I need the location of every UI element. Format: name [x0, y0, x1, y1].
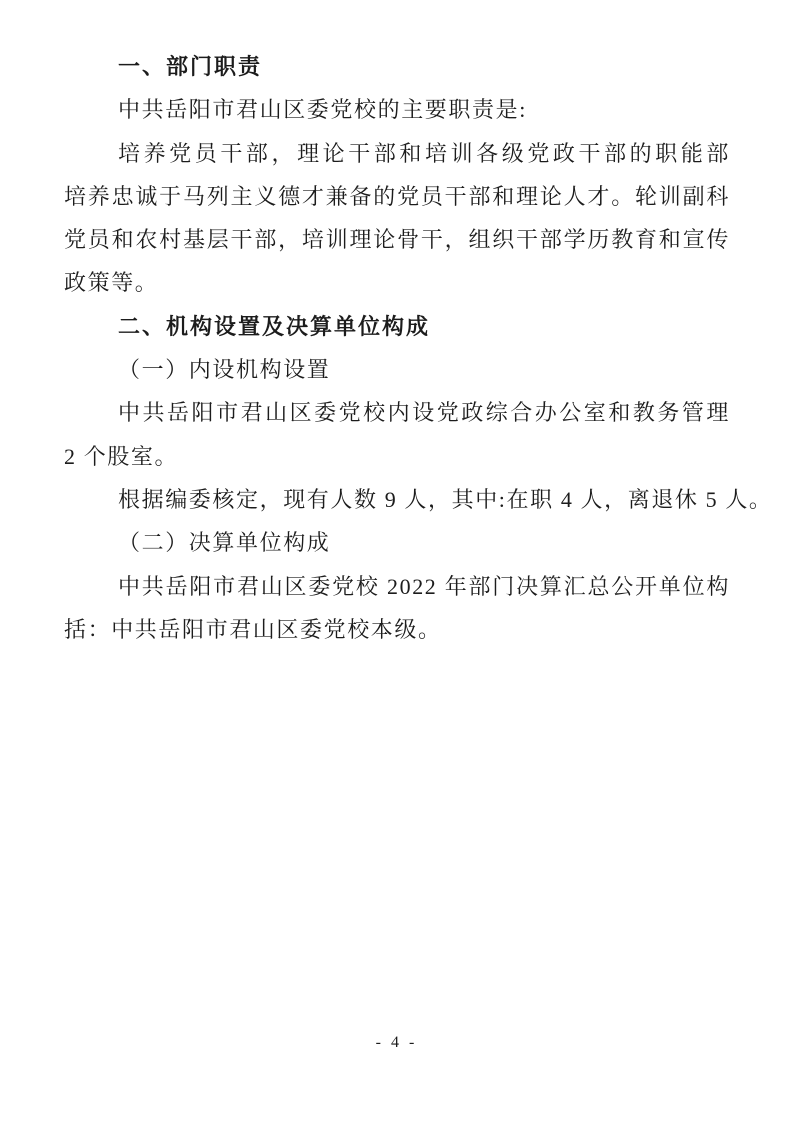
text-line: 中共岳阳市君山区委党校的主要职责是:: [64, 88, 730, 131]
text-line: 2 个股室。: [64, 435, 730, 478]
document-body: 一、部门职责中共岳阳市君山区委党校的主要职责是:培养党员干部，理论干部和培训各级…: [64, 45, 730, 651]
text-line: 中共岳阳市君山区委党校内设党政综合办公室和教务管理办公室: [64, 391, 730, 434]
text-line: 党员和农村基层干部，培训理论骨干，组织干部学历教育和宣传理论: [64, 218, 730, 261]
page-number: - 4 -: [376, 1034, 418, 1051]
text-line: （一）内设机构设置: [64, 348, 730, 391]
text-line: 政策等。: [64, 261, 730, 304]
page-footer: - 4 -: [0, 1031, 793, 1055]
document-page: 一、部门职责中共岳阳市君山区委党校的主要职责是:培养党员干部，理论干部和培训各级…: [0, 0, 793, 1122]
text-line: 培养忠诚于马列主义德才兼备的党员干部和理论人才。轮训副科以上: [64, 175, 730, 218]
section-heading: 二、机构设置及决算单位构成: [64, 305, 730, 348]
text-line: （二）决算单位构成: [64, 521, 730, 564]
text-line: 培养党员干部，理论干部和培训各级党政干部的职能部门。为党: [64, 132, 730, 175]
text-line: 根据编委核定，现有人数 9 人，其中:在职 4 人，离退休 5 人。: [64, 478, 730, 521]
section-heading: 一、部门职责: [64, 45, 730, 88]
text-line: 括：中共岳阳市君山区委党校本级。: [64, 608, 730, 651]
text-line: 中共岳阳市君山区委党校 2022 年部门决算汇总公开单位构成包: [64, 565, 730, 608]
